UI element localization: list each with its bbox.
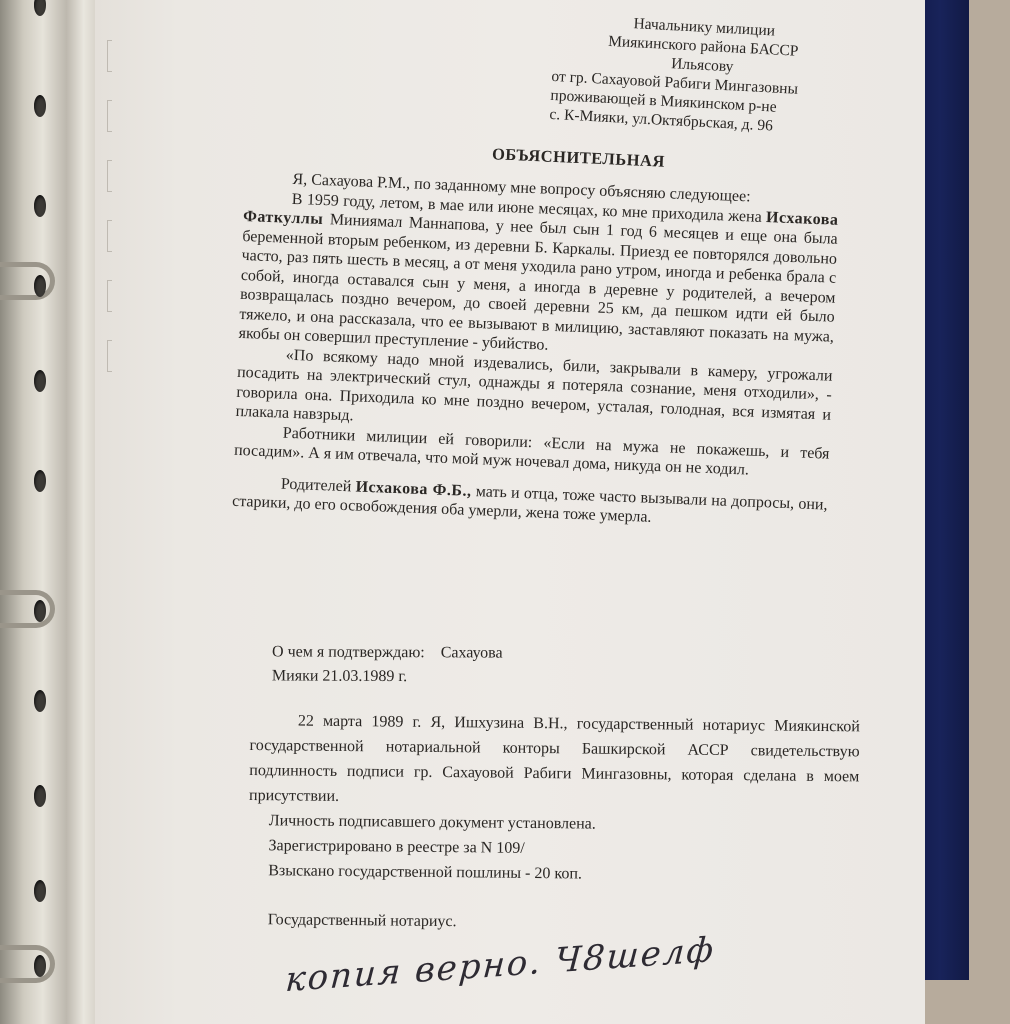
notary-certification: 22 марта 1989 г. Я, Ишхузина В.Н., госуд… [249, 708, 860, 814]
binder-ring [0, 262, 55, 300]
punch-hole [34, 95, 46, 117]
punch-hole [34, 0, 46, 16]
sleeve-perforation [107, 280, 112, 312]
punch-hole [34, 880, 46, 902]
sleeve-perforation [107, 340, 112, 372]
bold-name: Исхакова Ф.Б., [355, 478, 472, 499]
punch-hole [34, 955, 46, 977]
sleeve-perforation [107, 100, 112, 132]
notary-title: Государственный нотариус. [248, 907, 858, 938]
place-date: Мияки 21.03.1989 г. [272, 664, 503, 689]
punch-hole [34, 470, 46, 492]
notary-block: 22 марта 1989 г. Я, Ишхузина В.Н., госуд… [248, 708, 860, 938]
punch-hole [34, 600, 46, 622]
document-title: ОБЪЯСНИТЕЛЬНАЯ [492, 144, 666, 172]
signature-block: О чем я подтверждаю: Сахауова Мияки 21.0… [272, 640, 503, 689]
sleeve-perforation [107, 220, 112, 252]
binder-ring [0, 945, 55, 983]
paragraph: В 1959 году, летом, в мае или июне месяц… [238, 187, 839, 366]
document-page: Начальнику милиции Миякинского района БА… [135, 0, 887, 1024]
sleeve-perforation [107, 40, 112, 72]
binder-ring [0, 590, 55, 628]
punch-hole [34, 785, 46, 807]
confirm-name: Сахауова [441, 644, 503, 661]
punch-hole [34, 195, 46, 217]
punch-hole [34, 690, 46, 712]
punch-hole [34, 370, 46, 392]
confirm-label: О чем я подтверждаю: [272, 643, 425, 661]
statement-body: Я, Сахауова Р.М., по заданному мне вопро… [232, 168, 840, 534]
addressee-block: Начальнику милиции Миякинского района БА… [549, 10, 855, 140]
punch-hole [34, 275, 46, 297]
sleeve-perforation [107, 160, 112, 192]
binder-spine [0, 0, 95, 1024]
handwritten-note: копия верно. Ч8шелф [284, 930, 716, 1000]
